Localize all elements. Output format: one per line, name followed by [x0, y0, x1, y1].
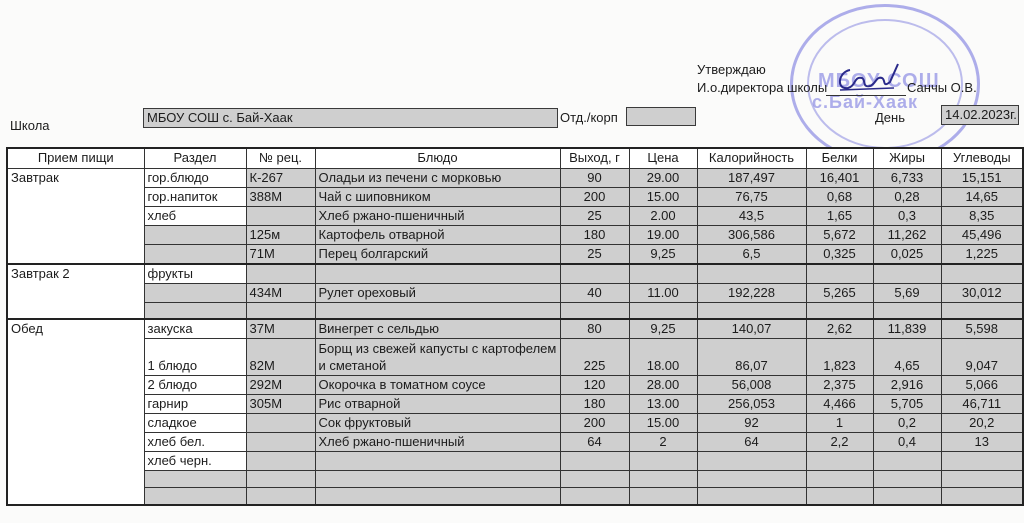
fat-cell: 11,262: [873, 225, 941, 244]
fat-cell: 11,839: [873, 319, 941, 339]
carbs-cell: [941, 302, 1023, 319]
recipe-cell: 305М: [246, 395, 315, 414]
meal-cell: Завтрак: [7, 168, 144, 264]
director-name: Санчы О.В.: [907, 80, 977, 96]
kcal-cell: [697, 264, 806, 284]
fat-cell: 0,2: [873, 414, 941, 433]
carbs-cell: 46,711: [941, 395, 1023, 414]
recipe-cell: [246, 433, 315, 452]
menu-table-body: Завтракгор.блюдоК-267Оладьи из печени с …: [7, 168, 1023, 505]
table-row: Обедзакуска37МВинегрет с сельдью809,2514…: [7, 319, 1023, 339]
weight-cell: [560, 471, 629, 488]
protein-cell: 1,65: [806, 206, 873, 225]
kcal-cell: 92: [697, 414, 806, 433]
weight-cell: 180: [560, 225, 629, 244]
price-cell: 9,25: [629, 319, 697, 339]
section-cell: 2 блюдо: [144, 376, 246, 395]
table-row: [7, 471, 1023, 488]
carbs-cell: [941, 452, 1023, 471]
weight-cell: [560, 488, 629, 505]
table-row: [7, 302, 1023, 319]
price-cell: 15.00: [629, 414, 697, 433]
protein-cell: 5,265: [806, 283, 873, 302]
dish-cell: Окорочка в томатном соусе: [315, 376, 560, 395]
recipe-cell: 388М: [246, 187, 315, 206]
table-row: 125мКартофель отварной18019.00306,5865,6…: [7, 225, 1023, 244]
carbs-cell: 45,496: [941, 225, 1023, 244]
fat-cell: [873, 471, 941, 488]
dish-cell: Сок фруктовый: [315, 414, 560, 433]
table-row: гарнир305МРис отварной18013.00256,0534,4…: [7, 395, 1023, 414]
dish-cell: Борщ из свежей капусты с картофелем и см…: [315, 339, 560, 376]
section-cell: [144, 488, 246, 505]
kcal-cell: [697, 488, 806, 505]
carbs-cell: 5,598: [941, 319, 1023, 339]
section-cell: [144, 471, 246, 488]
carbs-cell: 20,2: [941, 414, 1023, 433]
protein-cell: 2,2: [806, 433, 873, 452]
table-row: Завтрак 2фрукты: [7, 264, 1023, 284]
protein-cell: 2,62: [806, 319, 873, 339]
recipe-cell: 82М: [246, 339, 315, 376]
protein-cell: 0,68: [806, 187, 873, 206]
protein-cell: 0,325: [806, 244, 873, 264]
fat-cell: 0,025: [873, 244, 941, 264]
price-cell: 15.00: [629, 187, 697, 206]
carbs-cell: 14,65: [941, 187, 1023, 206]
approve-label: Утверждаю: [697, 62, 766, 78]
recipe-cell: [246, 471, 315, 488]
protein-cell: [806, 488, 873, 505]
price-cell: [629, 471, 697, 488]
section-cell: фрукты: [144, 264, 246, 284]
price-cell: [629, 452, 697, 471]
protein-cell: 1,823: [806, 339, 873, 376]
dish-cell: Картофель отварной: [315, 225, 560, 244]
kcal-cell: 306,586: [697, 225, 806, 244]
dish-cell: [315, 264, 560, 284]
col-header-meal: Прием пищи: [7, 148, 144, 168]
recipe-cell: К-267: [246, 168, 315, 187]
fat-cell: 0,3: [873, 206, 941, 225]
recipe-cell: [246, 488, 315, 505]
protein-cell: [806, 471, 873, 488]
dish-cell: Перец болгарский: [315, 244, 560, 264]
kcal-cell: 76,75: [697, 187, 806, 206]
protein-cell: 4,466: [806, 395, 873, 414]
section-cell: закуска: [144, 319, 246, 339]
section-cell: гор.напиток: [144, 187, 246, 206]
protein-cell: 5,672: [806, 225, 873, 244]
fat-cell: 0,28: [873, 187, 941, 206]
protein-cell: [806, 264, 873, 284]
weight-cell: 200: [560, 414, 629, 433]
weight-cell: 40: [560, 283, 629, 302]
weight-cell: [560, 264, 629, 284]
kcal-cell: [697, 471, 806, 488]
fat-cell: 2,916: [873, 376, 941, 395]
kcal-cell: 187,497: [697, 168, 806, 187]
weight-cell: 120: [560, 376, 629, 395]
fat-cell: 5,705: [873, 395, 941, 414]
col-header-recipe: № рец.: [246, 148, 315, 168]
fat-cell: [873, 264, 941, 284]
carbs-cell: [941, 488, 1023, 505]
kcal-cell: 64: [697, 433, 806, 452]
weight-cell: 200: [560, 187, 629, 206]
carbs-cell: 15,151: [941, 168, 1023, 187]
dish-cell: Рулет ореховый: [315, 283, 560, 302]
school-field[interactable]: МБОУ СОШ с. Бай-Хаак: [143, 108, 558, 128]
section-cell: [144, 283, 246, 302]
col-header-price: Цена: [629, 148, 697, 168]
carbs-cell: 9,047: [941, 339, 1023, 376]
weight-cell: 225: [560, 339, 629, 376]
price-cell: 13.00: [629, 395, 697, 414]
meal-cell: Завтрак 2: [7, 264, 144, 320]
price-cell: 29.00: [629, 168, 697, 187]
section-cell: [144, 302, 246, 319]
table-row: сладкоеСок фруктовый20015.009210,220,2: [7, 414, 1023, 433]
price-cell: 9,25: [629, 244, 697, 264]
carbs-cell: 5,066: [941, 376, 1023, 395]
kcal-cell: [697, 302, 806, 319]
dept-label: Отд./корп: [560, 110, 618, 126]
dish-cell: [315, 452, 560, 471]
section-cell: хлеб черн.: [144, 452, 246, 471]
price-cell: [629, 302, 697, 319]
weight-cell: 80: [560, 319, 629, 339]
table-row: 1 блюдо82МБорщ из свежей капусты с карто…: [7, 339, 1023, 376]
price-cell: [629, 488, 697, 505]
table-row: хлеб черн.: [7, 452, 1023, 471]
dish-cell: Винегрет с сельдью: [315, 319, 560, 339]
kcal-cell: 56,008: [697, 376, 806, 395]
carbs-cell: 13: [941, 433, 1023, 452]
carbs-cell: 30,012: [941, 283, 1023, 302]
section-cell: сладкое: [144, 414, 246, 433]
section-cell: хлеб: [144, 206, 246, 225]
menu-table: Прием пищи Раздел № рец. Блюдо Выход, г …: [6, 147, 1024, 506]
recipe-cell: [246, 452, 315, 471]
dish-cell: [315, 488, 560, 505]
kcal-cell: 256,053: [697, 395, 806, 414]
price-cell: 18.00: [629, 339, 697, 376]
kcal-cell: [697, 452, 806, 471]
section-cell: [144, 225, 246, 244]
section-cell: хлеб бел.: [144, 433, 246, 452]
weight-cell: 90: [560, 168, 629, 187]
kcal-cell: 86,07: [697, 339, 806, 376]
dish-cell: [315, 302, 560, 319]
weight-cell: [560, 302, 629, 319]
dish-cell: Рис отварной: [315, 395, 560, 414]
table-row: хлеб бел.Хлеб ржано-пшеничный642642,20,4…: [7, 433, 1023, 452]
fat-cell: 4,65: [873, 339, 941, 376]
dish-cell: [315, 471, 560, 488]
price-cell: 28.00: [629, 376, 697, 395]
table-row: хлебХлеб ржано-пшеничный252.0043,51,650,…: [7, 206, 1023, 225]
carbs-cell: [941, 471, 1023, 488]
protein-cell: 16,401: [806, 168, 873, 187]
price-cell: 19.00: [629, 225, 697, 244]
table-row: 434МРулет ореховый4011.00192,2285,2655,6…: [7, 283, 1023, 302]
fat-cell: 5,69: [873, 283, 941, 302]
price-cell: 2: [629, 433, 697, 452]
fat-cell: 0,4: [873, 433, 941, 452]
carbs-cell: 8,35: [941, 206, 1023, 225]
carbs-cell: 1,225: [941, 244, 1023, 264]
dish-cell: Оладьи из печени с морковью: [315, 168, 560, 187]
protein-cell: [806, 302, 873, 319]
kcal-cell: 192,228: [697, 283, 806, 302]
protein-cell: 1: [806, 414, 873, 433]
day-label: День: [875, 110, 905, 126]
fat-cell: 6,733: [873, 168, 941, 187]
col-header-carbs: Углеводы: [941, 148, 1023, 168]
dish-cell: Чай с шиповником: [315, 187, 560, 206]
weight-cell: 25: [560, 206, 629, 225]
fat-cell: [873, 302, 941, 319]
table-row: 71МПерец болгарский259,256,50,3250,0251,…: [7, 244, 1023, 264]
recipe-cell: 125м: [246, 225, 315, 244]
fat-cell: [873, 488, 941, 505]
price-cell: [629, 264, 697, 284]
school-label: Школа: [10, 118, 50, 134]
carbs-cell: [941, 264, 1023, 284]
recipe-cell: [246, 206, 315, 225]
weight-cell: 64: [560, 433, 629, 452]
table-row: гор.напиток388МЧай с шиповником20015.007…: [7, 187, 1023, 206]
section-cell: 1 блюдо: [144, 339, 246, 376]
director-label: И.о.директора школы: [697, 80, 827, 96]
dept-field[interactable]: [626, 107, 696, 126]
protein-cell: 2,375: [806, 376, 873, 395]
price-cell: 11.00: [629, 283, 697, 302]
fat-cell: [873, 452, 941, 471]
col-header-dish: Блюдо: [315, 148, 560, 168]
recipe-cell: 292М: [246, 376, 315, 395]
recipe-cell: [246, 264, 315, 284]
price-cell: 2.00: [629, 206, 697, 225]
signature-line: [826, 95, 906, 96]
col-header-weight: Выход, г: [560, 148, 629, 168]
dish-cell: Хлеб ржано-пшеничный: [315, 433, 560, 452]
recipe-cell: 71М: [246, 244, 315, 264]
table-row: [7, 488, 1023, 505]
col-header-section: Раздел: [144, 148, 246, 168]
weight-cell: 180: [560, 395, 629, 414]
kcal-cell: 43,5: [697, 206, 806, 225]
weight-cell: 25: [560, 244, 629, 264]
meal-cell: Обед: [7, 319, 144, 505]
protein-cell: [806, 452, 873, 471]
col-header-kcal: Калорийность: [697, 148, 806, 168]
recipe-cell: 434М: [246, 283, 315, 302]
kcal-cell: 6,5: [697, 244, 806, 264]
day-field[interactable]: 14.02.2023г.: [941, 105, 1019, 125]
section-cell: [144, 244, 246, 264]
recipe-cell: 37М: [246, 319, 315, 339]
table-header-row: Прием пищи Раздел № рец. Блюдо Выход, г …: [7, 148, 1023, 168]
table-row: 2 блюдо292МОкорочка в томатном соусе1202…: [7, 376, 1023, 395]
recipe-cell: [246, 302, 315, 319]
col-header-protein: Белки: [806, 148, 873, 168]
col-header-fat: Жиры: [873, 148, 941, 168]
recipe-cell: [246, 414, 315, 433]
section-cell: гор.блюдо: [144, 168, 246, 187]
section-cell: гарнир: [144, 395, 246, 414]
kcal-cell: 140,07: [697, 319, 806, 339]
table-row: Завтракгор.блюдоК-267Оладьи из печени с …: [7, 168, 1023, 187]
weight-cell: [560, 452, 629, 471]
dish-cell: Хлеб ржано-пшеничный: [315, 206, 560, 225]
